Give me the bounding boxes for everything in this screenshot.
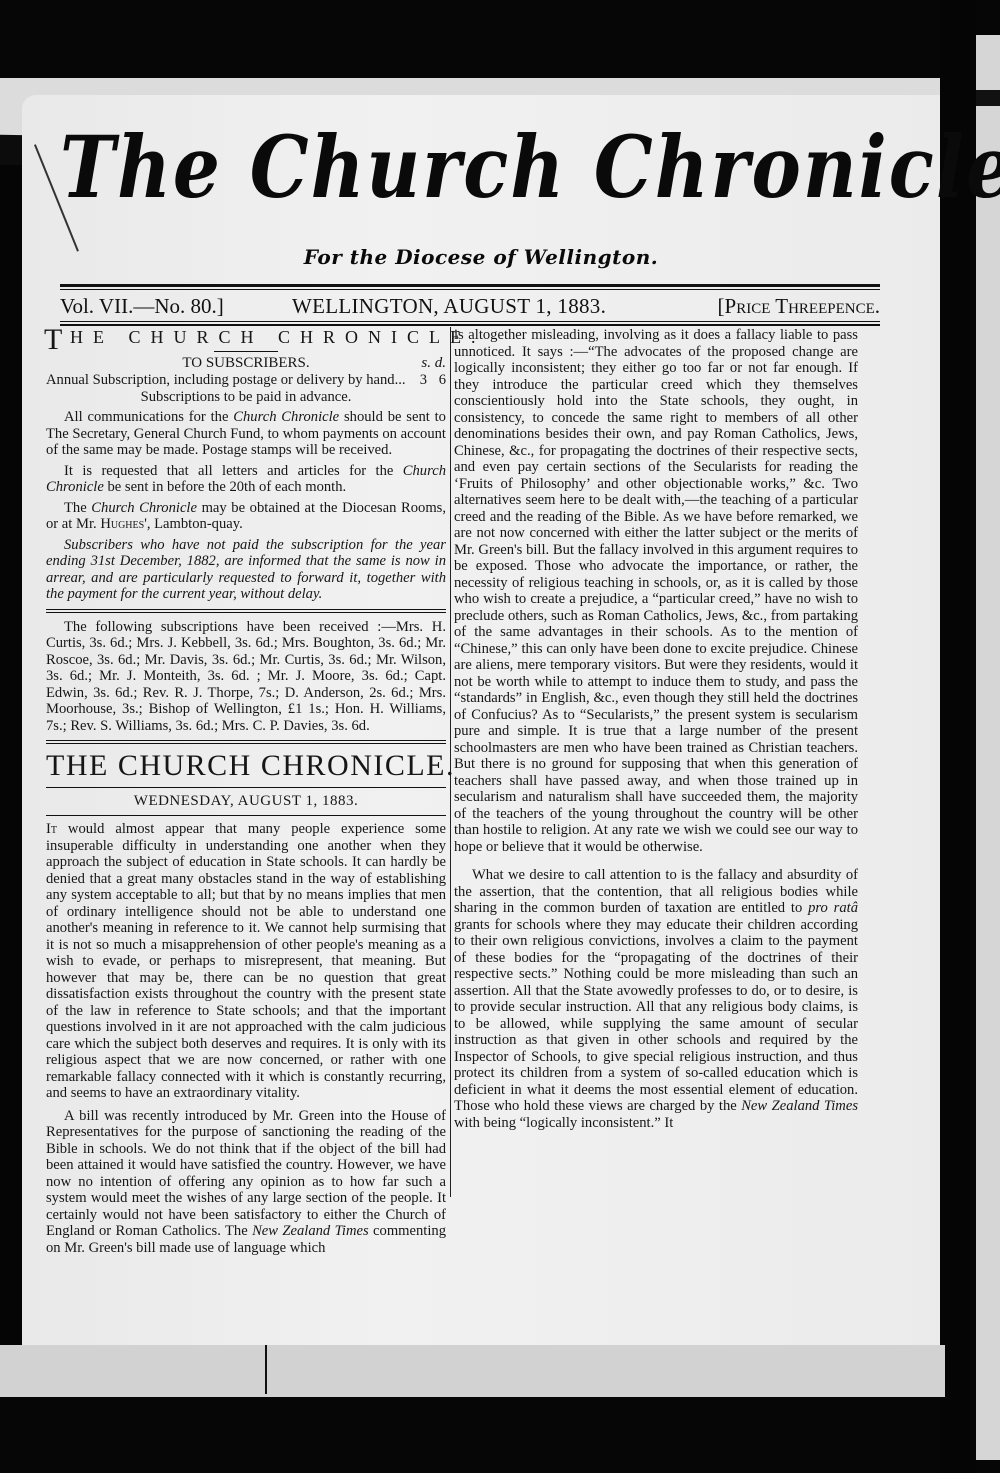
scan-bottom-strip [0,1345,945,1397]
masthead: The Church Chronicle, For the Diocese of… [22,95,940,285]
newspaper-subtitle: For the Diocese of Wellington. [22,245,940,269]
currency-header: s. d. [421,355,446,372]
editorial-paragraph-3: is altogether misleading, involving as i… [454,327,858,855]
notice-heading-text: HE CHURCH CHRONICLE. [70,327,486,348]
annual-subscription-amount: 3 6 [420,372,446,389]
heading-rule [46,787,446,788]
masthead-rule-thin [60,289,880,290]
newspaper-page: The Church Chronicle, For the Diocese of… [22,95,940,1345]
volume-number: Vol. VII.—No. 80.] [60,294,224,319]
subscriptions-received: The following subscriptions have been re… [46,619,446,735]
notice-heading-initial: T [44,323,62,357]
editorial-paragraph-2: A bill was recently introduced by Mr. Gr… [46,1108,446,1257]
right-column: is altogether misleading, involving as i… [454,327,858,1131]
subscribers-heading: TO SUBSCRIBERS. s. d. [46,355,446,372]
price: [Price Threepence. [718,294,880,319]
letters-notice: It is requested that all letters and art… [46,463,446,496]
editorial-paragraph-1: It would almost appear that many people … [46,821,446,1102]
advance-note: Subscriptions to be paid in advance. [46,389,446,406]
dateline-rule-thick [60,324,880,326]
editorial-heading: THE CHURCH CHRONICLE. [46,750,446,782]
heading-rule [46,815,446,816]
scan-left-edge [0,90,24,1350]
arrears-notice: Subscribers who have not paid the subscr… [46,537,446,603]
communications-notice: All communications for the Church Chroni… [46,409,446,459]
left-column: T HE CHURCH CHRONICLE. TO SUBSCRIBERS. s… [46,327,446,1256]
annual-subscription-label: Annual Subscription, including postage o… [46,372,406,388]
scan-right-bar [940,0,976,1473]
obtain-notice: The Church Chronicle may be obtained at … [46,500,446,533]
section-separator [46,609,446,613]
heading-underline [214,351,278,352]
adjacent-page-sliver [976,35,1000,1460]
editorial-paragraph-4: What we desire to call attention to is t… [454,867,858,1131]
place-date: WELLINGTON, AUGUST 1, 1883. [292,294,606,319]
subscribers-heading-text: TO SUBSCRIBERS. [182,355,309,371]
dateline: Vol. VII.—No. 80.] WELLINGTON, AUGUST 1,… [60,294,880,320]
dateline-rule [60,321,880,322]
notice-heading: T HE CHURCH CHRONICLE. [46,327,446,351]
annual-subscription-row: Annual Subscription, including postage o… [46,372,446,389]
masthead-rule [60,284,880,287]
newspaper-title: The Church Chronicle, [60,119,890,218]
section-separator [46,740,446,744]
editorial-date: WEDNESDAY, AUGUST 1, 1883. [46,793,446,810]
